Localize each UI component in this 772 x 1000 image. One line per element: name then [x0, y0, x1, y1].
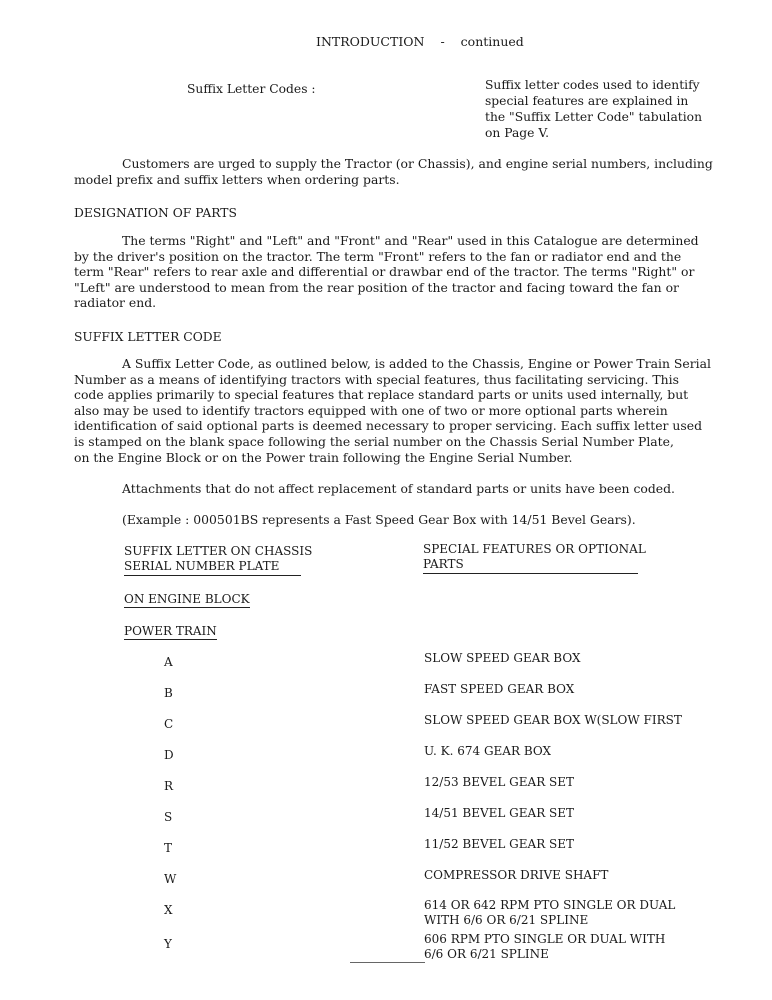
- col2-header-line: SPECIAL FEATURES OR OPTIONAL: [423, 542, 646, 557]
- note-line: special features are explained in: [485, 93, 702, 109]
- row-desc: FAST SPEED GEAR BOX: [424, 682, 574, 697]
- para-line: code applies primarily to special featur…: [74, 387, 714, 403]
- para-line: by the driver's position on the tractor.…: [74, 249, 714, 265]
- row-desc: 14/51 BEVEL GEAR SET: [424, 806, 574, 821]
- row-code: B: [164, 686, 173, 700]
- col1-header: SUFFIX LETTER ON CHASSIS SERIAL NUMBER P…: [124, 544, 312, 576]
- row-desc: SLOW SPEED GEAR BOX: [424, 651, 581, 666]
- para-line: The terms "Right" and "Left" and "Front"…: [74, 233, 714, 249]
- bottom-rule: [350, 962, 425, 963]
- row-code: T: [164, 841, 172, 855]
- row-desc: 12/53 BEVEL GEAR SET: [424, 775, 574, 790]
- sub-heading-engine-block: ON ENGINE BLOCK: [124, 592, 250, 608]
- designation-paragraph: The terms "Right" and "Left" and "Front"…: [74, 233, 714, 311]
- sub-heading-power-train: POWER TRAIN: [124, 624, 217, 640]
- row-desc: SLOW SPEED GEAR BOX W(SLOW FIRST: [424, 713, 682, 728]
- para-line: on the Engine Block or on the Power trai…: [74, 450, 714, 466]
- attachments-note: Attachments that do not affect replaceme…: [122, 481, 675, 496]
- col2-header: SPECIAL FEATURES OR OPTIONAL PARTS: [423, 542, 646, 574]
- sub-heading-text: ON ENGINE BLOCK: [124, 592, 250, 608]
- row-code: C: [164, 717, 173, 731]
- suffix-codes-note: Suffix letter codes used to identify spe…: [485, 77, 702, 141]
- para-line: A Suffix Letter Code, as outlined below,…: [74, 356, 714, 372]
- example-note: (Example : 000501BS represents a Fast Sp…: [122, 512, 636, 527]
- row-code: D: [164, 748, 174, 762]
- header-separator: -: [440, 34, 444, 49]
- header-title: INTRODUCTION: [316, 34, 424, 49]
- sub-heading-text: POWER TRAIN: [124, 624, 217, 640]
- row-desc: COMPRESSOR DRIVE SHAFT: [424, 868, 608, 883]
- para-line: model prefix and suffix letters when ord…: [74, 172, 714, 188]
- row-code: R: [164, 779, 173, 793]
- para-line: Customers are urged to supply the Tracto…: [74, 156, 714, 172]
- customers-paragraph: Customers are urged to supply the Tracto…: [74, 156, 714, 187]
- row-desc: U. K. 674 GEAR BOX: [424, 744, 551, 759]
- row-desc: 614 OR 642 RPM PTO SINGLE OR DUAL WITH 6…: [424, 898, 675, 928]
- para-line: identification of said optional parts is…: [74, 418, 714, 434]
- para-line: Number as a means of identifying tractor…: [74, 372, 714, 388]
- note-line: Suffix letter codes used to identify: [485, 77, 702, 93]
- suffix-section-paragraph: A Suffix Letter Code, as outlined below,…: [74, 356, 714, 465]
- note-line: the "Suffix Letter Code" tabulation: [485, 109, 702, 125]
- row-desc: 11/52 BEVEL GEAR SET: [424, 837, 574, 852]
- para-line: radiator end.: [74, 295, 714, 311]
- page-header: INTRODUCTION - continued: [316, 34, 524, 49]
- row-desc: 606 RPM PTO SINGLE OR DUAL WITH 6/6 OR 6…: [424, 932, 665, 962]
- col2-header-line: PARTS: [423, 557, 638, 574]
- header-subtitle: continued: [461, 34, 524, 49]
- row-code: W: [164, 872, 176, 886]
- row-desc-line: 606 RPM PTO SINGLE OR DUAL WITH: [424, 932, 665, 947]
- suffix-section-heading: SUFFIX LETTER CODE: [74, 330, 222, 344]
- para-line: also may be used to identify tractors eq…: [74, 403, 714, 419]
- designation-heading: DESIGNATION OF PARTS: [74, 206, 237, 220]
- para-line: "Left" are understood to mean from the r…: [74, 280, 714, 296]
- row-code: S: [164, 810, 172, 824]
- row-desc-line: 6/6 OR 6/21 SPLINE: [424, 947, 665, 962]
- para-line: is stamped on the blank space following …: [74, 434, 714, 450]
- row-desc-line: WITH 6/6 OR 6/21 SPLINE: [424, 913, 675, 928]
- para-line: term "Rear" refers to rear axle and diff…: [74, 264, 714, 280]
- row-code: X: [164, 903, 173, 917]
- suffix-codes-label: Suffix Letter Codes :: [187, 82, 316, 96]
- note-line: on Page V.: [485, 125, 702, 141]
- row-desc-line: 614 OR 642 RPM PTO SINGLE OR DUAL: [424, 898, 675, 913]
- row-code: Y: [164, 937, 172, 951]
- row-code: A: [164, 655, 173, 669]
- col1-header-line: SERIAL NUMBER PLATE: [124, 559, 301, 576]
- col1-header-line: SUFFIX LETTER ON CHASSIS: [124, 544, 312, 559]
